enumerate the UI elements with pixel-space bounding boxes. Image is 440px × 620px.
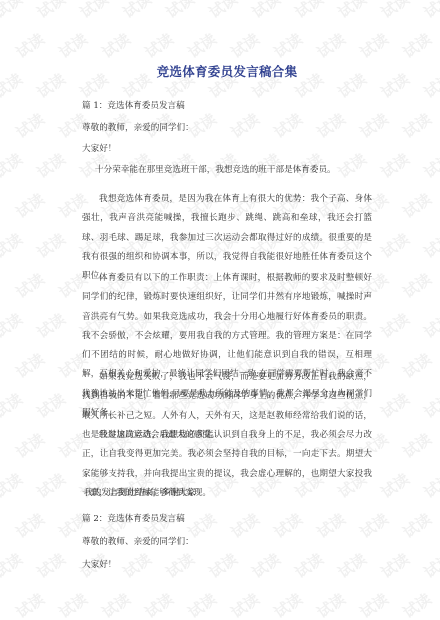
watermark-text: 试读	[33, 228, 70, 262]
watermark-text: 试读	[98, 588, 135, 620]
watermark-text: 试读	[377, 388, 414, 422]
watermark-text: 试读	[33, 308, 70, 342]
watermark-text: 试读	[227, 508, 264, 542]
watermark-text: 试读	[270, 588, 307, 620]
watermark-text: 试读	[12, 108, 49, 142]
section1-closing: 我的发言到此结束，多谢大家！	[82, 484, 372, 503]
watermark-text: 试读	[291, 0, 328, 23]
watermark-text: 试读	[356, 28, 393, 62]
watermark-text: 试读	[119, 0, 156, 23]
watermark-text: 试读	[184, 588, 221, 620]
watermark-text: 试读	[162, 548, 199, 582]
watermark-text: 试读	[33, 388, 70, 422]
watermark-text: 试读	[377, 0, 414, 23]
watermark-text: 试读	[291, 548, 328, 582]
watermark-text: 试读	[377, 308, 414, 342]
watermark-text: 试读	[377, 548, 414, 582]
watermark-text: 试读	[0, 548, 26, 582]
watermark-text: 试读	[0, 308, 26, 342]
watermark-text: 试读	[55, 28, 92, 62]
watermark-text: 试读	[33, 548, 70, 582]
watermark-text: 试读	[313, 108, 350, 142]
watermark-text: 试读	[313, 508, 350, 542]
watermark-text: 试读	[356, 588, 393, 620]
watermark-text: 试读	[399, 508, 436, 542]
watermark-text: 试读	[12, 188, 49, 222]
watermark-text: 试读	[248, 0, 285, 23]
watermark-text: 试读	[420, 388, 440, 422]
watermark-text: 试读	[420, 548, 440, 582]
watermark-text: 试读	[420, 148, 440, 182]
watermark-text: 试读	[76, 0, 113, 23]
section1-paragraph-1: 十分荣幸能在那里竞选班干部，我想竞选的班干部是体育委员。	[82, 161, 372, 180]
watermark-text: 试读	[162, 0, 199, 23]
watermark-text: 试读	[98, 28, 135, 62]
section2-salutation: 尊敬的教师、亲爱的同学们：	[82, 533, 194, 552]
watermark-text: 试读	[377, 228, 414, 262]
watermark-text: 试读	[420, 468, 440, 502]
watermark-text: 试读	[0, 0, 26, 23]
section1-heading: 篇 1：竞选体育委员发言稿	[82, 97, 185, 116]
watermark-text: 试读	[399, 188, 436, 222]
watermark-text: 试读	[420, 0, 440, 23]
watermark-text: 试读	[0, 68, 26, 102]
watermark-text: 试读	[356, 508, 393, 542]
section1-greeting: 大家好！	[82, 140, 116, 159]
watermark-text: 试读	[420, 68, 440, 102]
watermark-text: 试读	[33, 468, 70, 502]
watermark-text: 试读	[399, 28, 436, 62]
watermark-text: 试读	[205, 0, 242, 23]
watermark-text: 试读	[33, 0, 70, 23]
watermark-text: 试读	[12, 428, 49, 462]
watermark-text: 试读	[399, 588, 436, 620]
watermark-text: 试读	[377, 468, 414, 502]
document-title: 竞选体育委员发言稿合集	[82, 62, 372, 80]
watermark-text: 试读	[0, 228, 26, 262]
watermark-text: 试读	[399, 348, 436, 382]
watermark-text: 试读	[377, 148, 414, 182]
watermark-text: 试读	[227, 28, 264, 62]
section1-salutation: 尊敬的教师，亲爱的同学们：	[82, 119, 194, 138]
watermark-text: 试读	[399, 428, 436, 462]
watermark-text: 试读	[399, 268, 436, 302]
watermark-text: 试读	[270, 108, 307, 142]
watermark-text: 试读	[399, 108, 436, 142]
watermark-text: 试读	[0, 388, 26, 422]
watermark-text: 试读	[12, 588, 49, 620]
watermark-text: 试读	[313, 588, 350, 620]
watermark-text: 试读	[33, 68, 70, 102]
watermark-text: 试读	[270, 28, 307, 62]
watermark-text: 试读	[12, 348, 49, 382]
watermark-text: 试读	[356, 108, 393, 142]
watermark-text: 试读	[0, 148, 26, 182]
watermark-text: 试读	[248, 548, 285, 582]
watermark-text: 试读	[334, 548, 371, 582]
watermark-text: 试读	[227, 588, 264, 620]
watermark-text: 试读	[12, 268, 49, 302]
watermark-text: 试读	[141, 28, 178, 62]
watermark-text: 试读	[270, 508, 307, 542]
watermark-text: 试读	[12, 28, 49, 62]
section2-greeting: 大家好！	[82, 556, 116, 575]
watermark-text: 试读	[0, 468, 26, 502]
watermark-text: 试读	[33, 148, 70, 182]
watermark-text: 试读	[420, 228, 440, 262]
watermark-text: 试读	[227, 108, 264, 142]
watermark-text: 试读	[334, 0, 371, 23]
section2-heading: 篇 2：竞选体育委员发言稿	[82, 510, 185, 529]
watermark-text: 试读	[119, 548, 156, 582]
watermark-text: 试读	[205, 548, 242, 582]
watermark-text: 试读	[420, 308, 440, 342]
watermark-text: 试读	[184, 28, 221, 62]
watermark-text: 试读	[12, 508, 49, 542]
watermark-text: 试读	[55, 588, 92, 620]
watermark-text: 试读	[377, 68, 414, 102]
watermark-text: 试读	[141, 588, 178, 620]
watermark-text: 试读	[313, 28, 350, 62]
